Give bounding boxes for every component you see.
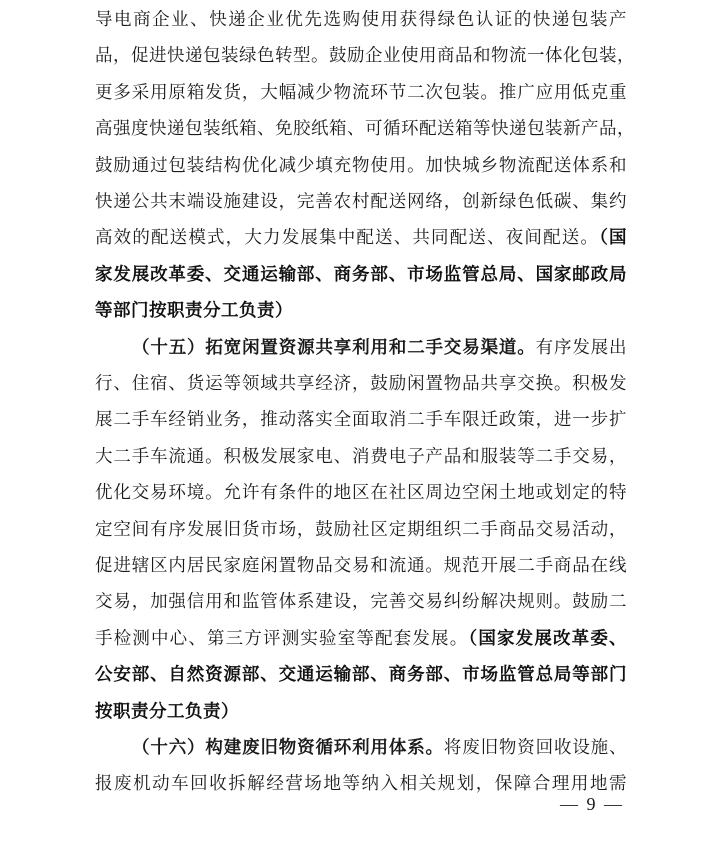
body-text: 报废机动车回收拆解经营场地等纳入相关规划，保障合理用地需: [95, 774, 627, 794]
body-text: 将废旧物资回收设施、: [444, 738, 627, 758]
body-text: 快递公共末端设施建设，完善农村配送网络，创新绿色低碳、集约: [95, 192, 627, 212]
body-text: 高强度快递包装纸箱、免胶纸箱、可循环配送箱等快递包装新产品，: [95, 119, 635, 139]
text-line: 促进辖区内居民家庭闲置物品交易和流通。规范开展二手商品在线: [95, 548, 627, 584]
body-text: 优化交易环境。允许有条件的地区在社区周边空闲土地或划定的特: [95, 483, 627, 503]
text-line: 更多采用原箱发货，大幅减少物流环节二次包装。推广应用低克重: [95, 75, 627, 111]
text-line: 交易，加强信用和监管体系建设，完善交易纠纷解决规则。鼓励二: [95, 584, 627, 620]
text-line: 高效的配送模式，大力发展集中配送、共同配送、夜间配送。（国: [95, 220, 627, 256]
text-line: （十五）拓宽闲置资源共享利用和二手交易渠道。有序发展出: [132, 330, 627, 366]
text-line: 手检测中心、第三方评测实验室等配套发展。（国家发展改革委、: [95, 621, 627, 657]
text-line: 公安部、自然资源部、交通运输部、商务部、市场监管总局等部门: [95, 657, 627, 693]
body-text: 行、住宿、货运等领域共享经济，鼓励闲置物品共享交换。积极发: [95, 374, 627, 394]
text-line: 定空间有序发展旧货市场，鼓励社区定期组织二手商品交易活动，: [95, 512, 627, 548]
text-line: 按职责分工负责）: [95, 694, 627, 730]
section-heading: （十六）构建废旧物资循环利用体系。: [132, 738, 444, 758]
text-line: 导电商企业、快递企业优先选购使用获得绿色认证的快递包装产: [95, 2, 627, 38]
body-text: 促进辖区内居民家庭闲置物品交易和流通。规范开展二手商品在线: [95, 556, 627, 576]
body-text: 导电商企业、快递企业优先选购使用获得绿色认证的快递包装产: [95, 10, 627, 30]
page-number: — 9 —: [560, 794, 624, 815]
text-line: 鼓励通过包装结构优化减少填充物使用。加快城乡物流配送体系和: [95, 148, 627, 184]
text-line: 等部门按职责分工负责）: [95, 293, 627, 329]
text-line: 优化交易环境。允许有条件的地区在社区周边空闲土地或划定的特: [95, 475, 627, 511]
text-line: 行、住宿、货运等领域共享经济，鼓励闲置物品共享交换。积极发: [95, 366, 627, 402]
body-text: 展二手车经销业务，推动落实全面取消二手车限迁政策，进一步扩: [95, 410, 627, 430]
text-line: 快递公共末端设施建设，完善农村配送网络，创新绿色低碳、集约: [95, 184, 627, 220]
body-text: 定空间有序发展旧货市场，鼓励社区定期组织二手商品交易活动，: [95, 520, 627, 540]
body-text: 手检测中心、第三方评测实验室等配套发展。: [95, 629, 468, 649]
body-text: 品，促进快递包装绿色转型。鼓励企业使用商品和物流一体化包装，: [95, 46, 635, 66]
text-line: 家发展改革委、交通运输部、商务部、市场监管总局、国家邮政局: [95, 257, 627, 293]
section-heading: （十五）拓宽闲置资源共享利用和二手交易渠道。: [132, 338, 536, 358]
responsible-departments: 等部门按职责分工负责）: [95, 301, 293, 321]
text-line: 展二手车经销业务，推动落实全面取消二手车限迁政策，进一步扩: [95, 402, 627, 438]
responsible-departments: 公安部、自然资源部、交通运输部、商务部、市场监管总局等部门: [95, 665, 627, 685]
body-text: 有序发展出: [536, 338, 627, 358]
body-text: 鼓励通过包装结构优化减少填充物使用。加快城乡物流配送体系和: [95, 156, 627, 176]
text-line: 报废机动车回收拆解经营场地等纳入相关规划，保障合理用地需: [95, 766, 627, 802]
text-line: 品，促进快递包装绿色转型。鼓励企业使用商品和物流一体化包装，: [95, 38, 627, 74]
responsible-departments: （国: [599, 228, 627, 248]
responsible-departments: 家发展改革委、交通运输部、商务部、市场监管总局、国家邮政局: [95, 265, 627, 285]
body-text: 高效的配送模式，大力发展集中配送、共同配送、夜间配送。: [95, 228, 599, 248]
text-line: 高强度快递包装纸箱、免胶纸箱、可循环配送箱等快递包装新产品，: [95, 111, 627, 147]
responsible-departments: 按职责分工负责）: [95, 702, 239, 722]
body-text: 更多采用原箱发货，大幅减少物流环节二次包装。推广应用低克重: [95, 83, 627, 103]
text-line: （十六）构建废旧物资循环利用体系。将废旧物资回收设施、: [132, 730, 627, 766]
text-line: 大二手车流通。积极发展家电、消费电子产品和服装等二手交易，: [95, 439, 627, 475]
responsible-departments: （国家发展改革委、: [468, 629, 627, 649]
body-text: 大二手车流通。积极发展家电、消费电子产品和服装等二手交易，: [95, 447, 627, 467]
body-text: 交易，加强信用和监管体系建设，完善交易纠纷解决规则。鼓励二: [95, 592, 627, 612]
